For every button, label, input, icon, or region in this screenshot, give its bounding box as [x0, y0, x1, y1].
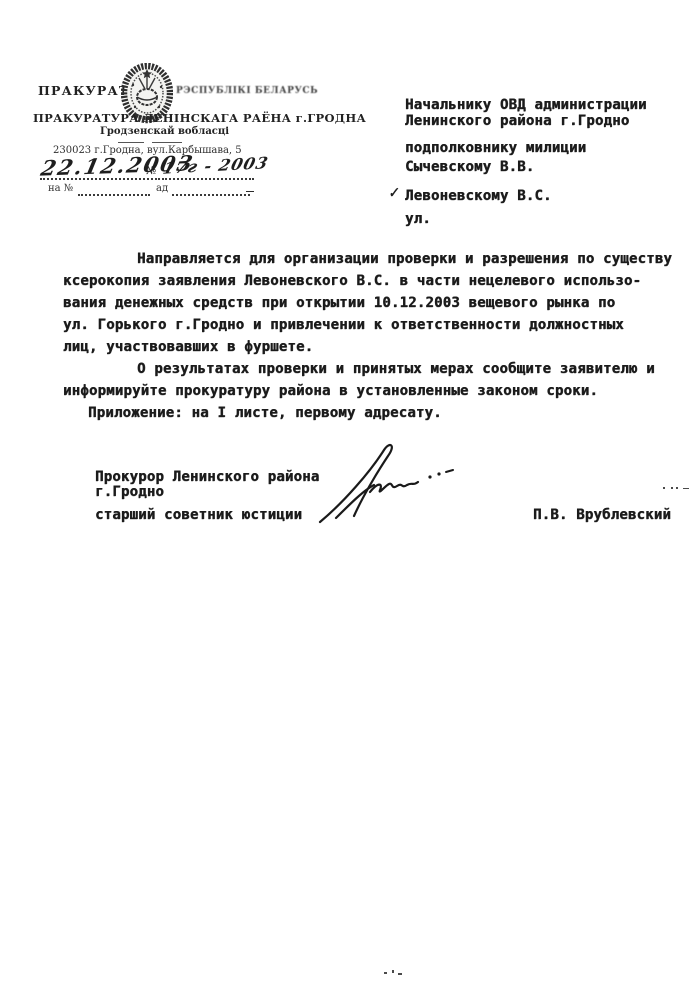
body-line: О результатах проверки и принятых мерах … [63, 358, 691, 380]
ref-line-end-mark [246, 191, 254, 192]
scan-noise [683, 488, 689, 489]
ref-from-label: ад [156, 183, 168, 194]
letterhead-org-line2: ПРАКУРАТУРА ЛЕНІНСКАГА РАЁНА г.ГРОДНА [33, 111, 366, 125]
body-line: вания денежных средств при открытии 10.1… [63, 292, 691, 314]
number-label: № [146, 164, 156, 177]
body-line: ксерокопия заявления Левоневского В.С. в… [63, 270, 691, 292]
signer-title-line: г.Гродно [95, 485, 164, 500]
ref-label: на № [48, 183, 73, 194]
letter-body: Направляется для организации проверки и … [63, 248, 691, 424]
letterhead-divider-left [118, 142, 144, 143]
attachment-line: Приложение: на I листе, первому адресату… [63, 402, 691, 424]
scanned-letter-page: ПРАКУРАТУРА РЭСПУБЛІКІ БЕЛАРУСЬ ПРАКУРАТ… [0, 0, 700, 997]
body-line: лиц, участвовавших в фуршете. [63, 336, 691, 358]
body-line: информируйте прокуратуру района в устано… [63, 380, 691, 402]
body-line: ул. Горького г.Гродно и привлечении к от… [63, 314, 691, 336]
addressee-line: подполковнику милиции [405, 141, 586, 156]
number-blank-line [162, 178, 254, 180]
scan-noise [384, 972, 387, 974]
scan-noise [392, 970, 394, 973]
signer-title-line: старший советник юстиции [95, 508, 302, 523]
scan-noise [398, 973, 402, 975]
scan-noise [676, 487, 678, 489]
addressee-line: Ленинского района г.Гродно [405, 114, 629, 129]
ref-from-blank-line [172, 194, 250, 196]
addressee-line: Начальнику ОВД администрации [405, 98, 647, 113]
handwritten-signature-icon [312, 440, 482, 529]
date-blank-line [40, 178, 160, 180]
addressee-line: Сычевскому В.В. [405, 160, 534, 175]
letterhead-divider-right [152, 142, 182, 143]
signer-title-line: Прокурор Ленинского района [95, 470, 319, 485]
signer-name: П.В. Врублевский [533, 508, 671, 523]
checkmark-icon: ✓ [387, 185, 400, 201]
second-recipient-address: ул. [405, 212, 431, 227]
body-line: Направляется для организации проверки и … [63, 248, 691, 270]
scan-noise [671, 487, 673, 489]
second-recipient: Левоневскому В.С. [405, 189, 552, 204]
ref-blank-line [78, 194, 150, 196]
letterhead-org-name-right: РЭСПУБЛІКІ БЕЛАРУСЬ [176, 86, 318, 96]
scan-noise [663, 487, 665, 489]
letterhead-org-line3: Гродзенскай вобласці [100, 126, 229, 137]
